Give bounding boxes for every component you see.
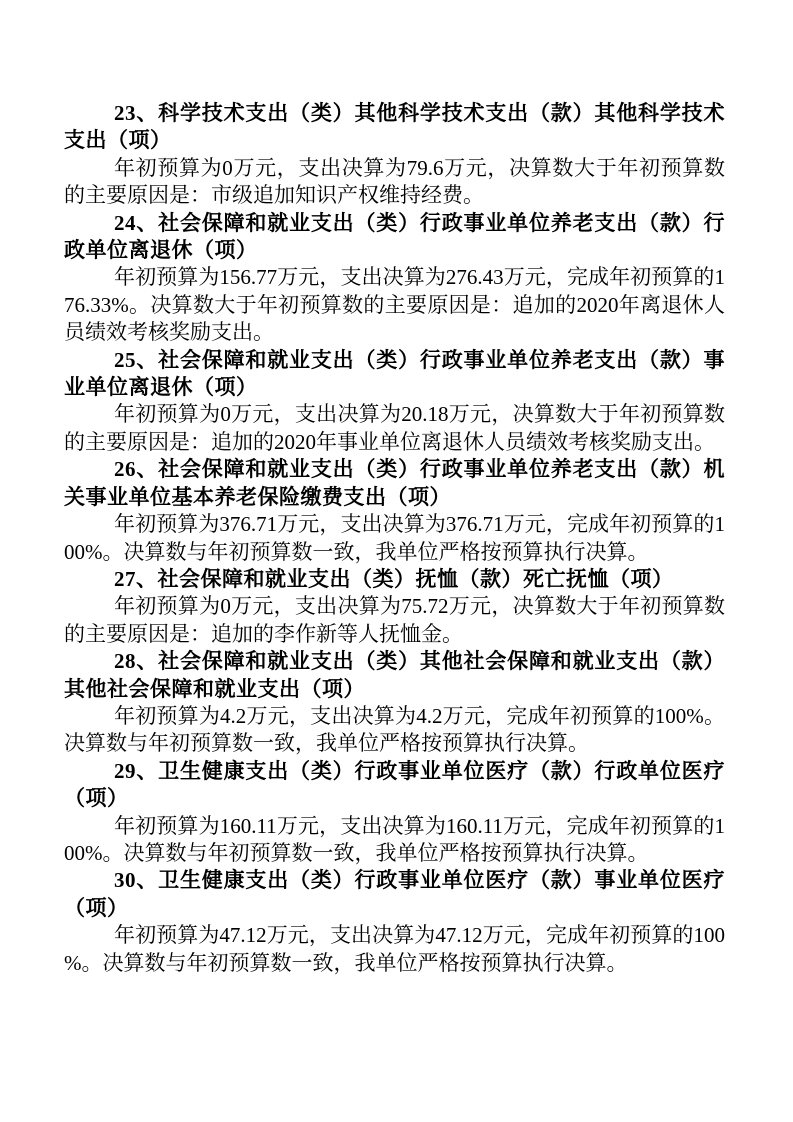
budget-entry-30: 30、卫生健康支出（类）行政事业单位医疗（款）事业单位医疗（项） 年初预算为47… <box>64 867 725 977</box>
document-page: 23、科学技术支出（类）其他科学技术支出（款）其他科学技术支出（项） 年初预算为… <box>0 0 793 1122</box>
budget-entry-29: 29、卫生健康支出（类）行政事业单位医疗（款）行政单位医疗（项） 年初预算为16… <box>64 758 725 868</box>
entry-explanation: 年初预算为4.2万元，支出决算为4.2万元，完成年初预算的100%。决算数与年初… <box>64 703 725 758</box>
entry-explanation: 年初预算为156.77万元，支出决算为276.43万元，完成年初预算的176.3… <box>64 264 725 346</box>
entry-explanation: 年初预算为0万元，支出决算为79.6万元，决算数大于年初预算数的主要原因是：市级… <box>64 155 725 210</box>
budget-entry-25: 25、社会保障和就业支出（类）行政事业单位养老支出（款）事业单位离退休（项） 年… <box>64 347 725 457</box>
entry-heading: 23、科学技术支出（类）其他科学技术支出（款）其他科学技术支出（项） <box>64 100 725 155</box>
entry-explanation: 年初预算为47.12万元，支出决算为47.12万元，完成年初预算的100%。决算… <box>64 922 725 977</box>
entry-heading: 24、社会保障和就业支出（类）行政事业单位养老支出（款）行政单位离退休（项） <box>64 210 725 265</box>
entry-heading: 26、社会保障和就业支出（类）行政事业单位养老支出（款）机关事业单位基本养老保险… <box>64 456 725 511</box>
entry-explanation: 年初预算为376.71万元，支出决算为376.71万元，完成年初预算的100%。… <box>64 511 725 566</box>
budget-entry-23: 23、科学技术支出（类）其他科学技术支出（款）其他科学技术支出（项） 年初预算为… <box>64 100 725 210</box>
entry-heading: 27、社会保障和就业支出（类）抚恤（款）死亡抚恤（项） <box>64 566 725 593</box>
budget-entry-27: 27、社会保障和就业支出（类）抚恤（款）死亡抚恤（项） 年初预算为0万元，支出决… <box>64 566 725 648</box>
document-body: 23、科学技术支出（类）其他科学技术支出（款）其他科学技术支出（项） 年初预算为… <box>64 100 725 977</box>
budget-entry-28: 28、社会保障和就业支出（类）其他社会保障和就业支出（款）其他社会保障和就业支出… <box>64 648 725 758</box>
entry-heading: 28、社会保障和就业支出（类）其他社会保障和就业支出（款）其他社会保障和就业支出… <box>64 648 725 703</box>
entry-heading: 30、卫生健康支出（类）行政事业单位医疗（款）事业单位医疗（项） <box>64 867 725 922</box>
budget-entry-24: 24、社会保障和就业支出（类）行政事业单位养老支出（款）行政单位离退休（项） 年… <box>64 210 725 347</box>
entry-explanation: 年初预算为0万元，支出决算为75.72万元，决算数大于年初预算数的主要原因是：追… <box>64 593 725 648</box>
budget-entry-26: 26、社会保障和就业支出（类）行政事业单位养老支出（款）机关事业单位基本养老保险… <box>64 456 725 566</box>
entry-explanation: 年初预算为0万元，支出决算为20.18万元，决算数大于年初预算数的主要原因是：追… <box>64 401 725 456</box>
entry-heading: 25、社会保障和就业支出（类）行政事业单位养老支出（款）事业单位离退休（项） <box>64 347 725 402</box>
entry-explanation: 年初预算为160.11万元，支出决算为160.11万元，完成年初预算的100%。… <box>64 813 725 868</box>
entry-heading: 29、卫生健康支出（类）行政事业单位医疗（款）行政单位医疗（项） <box>64 758 725 813</box>
